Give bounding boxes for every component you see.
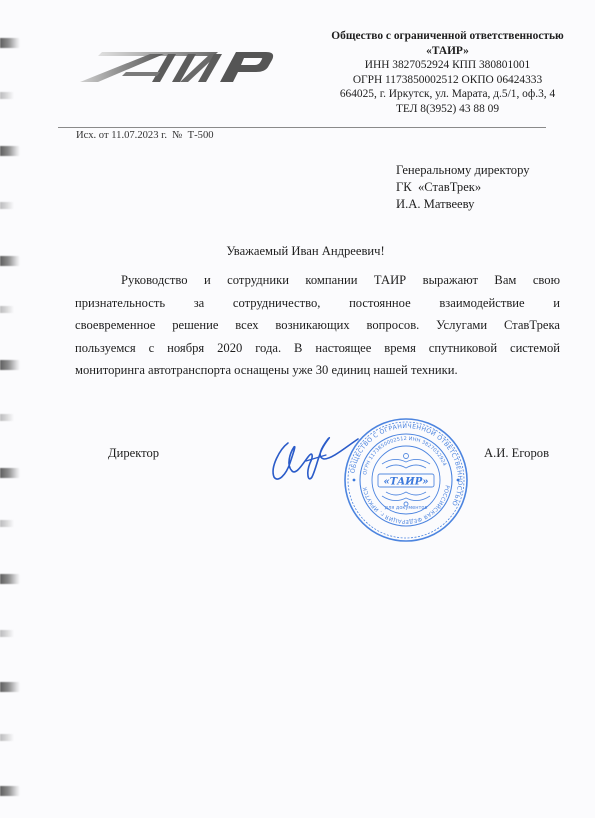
company-seal-icon: ОБЩЕСТВО С ОГРАНИЧЕННОЙ ОТВЕТСТВЕННОСТЬЮ… <box>342 416 470 544</box>
binding-mark <box>0 520 14 527</box>
org-phone: ТЕЛ 8(3952) 43 88 09 <box>300 102 595 117</box>
binding-mark <box>0 92 14 99</box>
addressee-name: И.А. Матвееву <box>396 196 530 213</box>
addressee-position: Генеральному директору <box>396 162 530 179</box>
outgoing-reference: Исх. от 11.07.2023 г. № Т-500 <box>76 130 214 141</box>
letter-body: Руководство и сотрудники компании ТАИР в… <box>75 269 560 382</box>
salutation: Уважаемый Иван Андреевич! <box>0 244 595 259</box>
body-line: признательность за сотрудничество, посто… <box>75 292 560 315</box>
company-logo-icon <box>80 48 276 84</box>
letter-page: Общество с ограниченной ответственностью… <box>0 0 595 818</box>
binding-mark <box>0 786 20 796</box>
binding-mark <box>0 146 20 156</box>
svg-text:ОГРН 1173850002512 ИНН 3827052: ОГРН 1173850002512 ИНН 3827052924 <box>362 436 447 475</box>
org-address: 664025, г. Иркутск, ул. Марата, д.5/1, о… <box>300 87 595 102</box>
org-ogrn-okpo: ОГРН 1173850002512 ОКПО 06424333 <box>300 73 595 88</box>
signatory-name: А.И. Егоров <box>484 446 549 461</box>
org-name: Общество с ограниченной ответственностью <box>300 29 595 44</box>
binding-mark <box>0 682 20 692</box>
binding-mark <box>0 468 20 478</box>
binding-mark <box>0 202 14 209</box>
binding-mark <box>0 306 14 313</box>
binding-mark <box>0 360 20 370</box>
binding-mark <box>0 414 14 421</box>
header-divider <box>58 127 546 128</box>
body-line: мониторинга автотранспорта оснащены уже … <box>75 359 560 382</box>
org-inn-kpp: ИНН 3827052924 КПП 380801001 <box>300 58 595 73</box>
addressee-company: ГК «СтавТрек» <box>396 179 530 196</box>
binding-mark <box>0 734 14 741</box>
addressee-block: Генеральному директору ГК «СтавТрек» И.А… <box>396 162 530 213</box>
signatory-title: Директор <box>108 446 159 461</box>
binding-mark <box>0 574 20 584</box>
binding-mark <box>0 38 20 48</box>
body-line: Руководство и сотрудники компании ТАИР в… <box>75 269 560 292</box>
binding-mark <box>0 630 14 637</box>
svg-text:«ТАИР»: «ТАИР» <box>383 477 428 488</box>
org-brand: «ТАИР» <box>300 44 595 59</box>
body-line: пользуемся с ноября 2020 года. В настоящ… <box>75 337 560 360</box>
body-line: своевременное решение всех возникающих в… <box>75 314 560 337</box>
organization-header: Общество с ограниченной ответственностью… <box>300 29 595 116</box>
